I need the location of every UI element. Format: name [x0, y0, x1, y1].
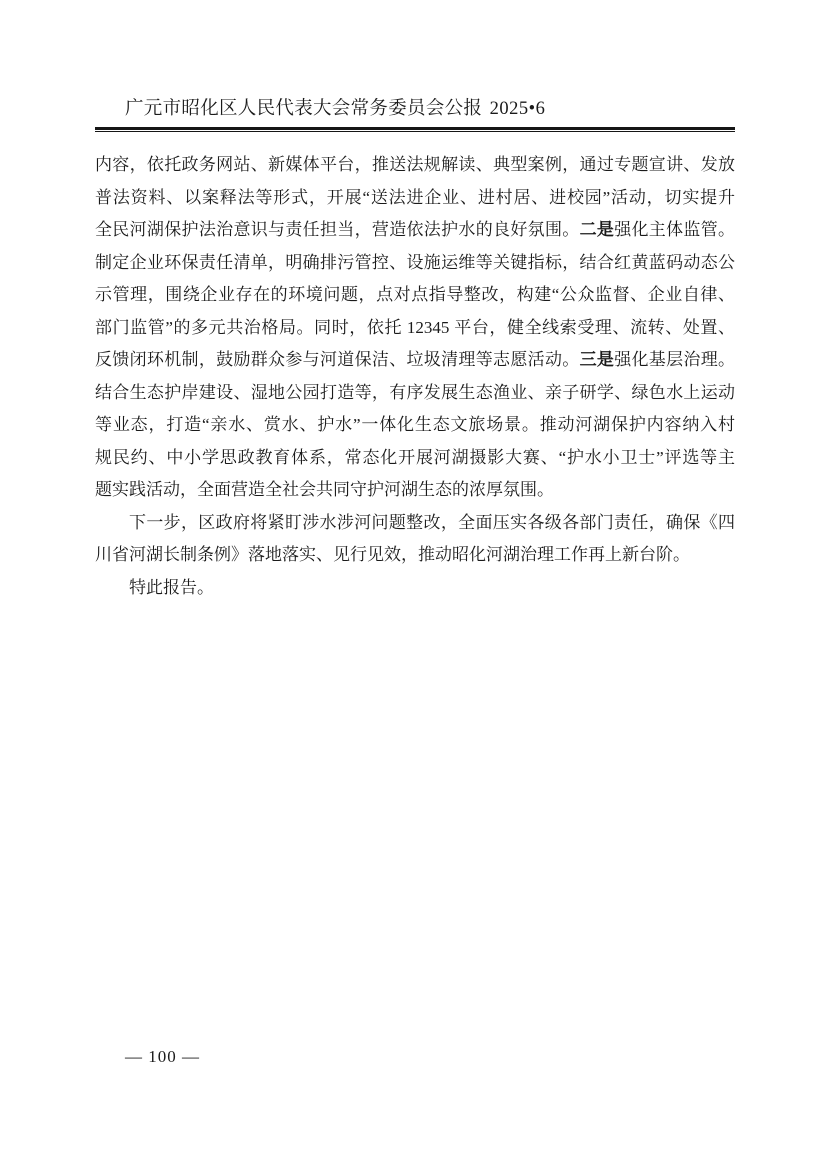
body-line: 规民约、中小学思政教育体系，常态化开展河湖摄影大赛、“护水小卫士”评选等主: [95, 442, 735, 475]
emphasis-run-in-heading: 二是: [580, 220, 615, 239]
body-line: 川省河湖长制条例》落地落实、见行见效，推动昭化河湖治理工作再上新台阶。: [95, 539, 735, 572]
emphasis-run-in-heading: 三是: [580, 350, 615, 369]
body-text-segment: 规民约、中小学思政教育体系，常态化开展河湖摄影大赛、“护水小卫士”评选等主: [95, 448, 735, 467]
body-text-segment: 题实践活动，全面营造全社会共同守护河湖生态的浓厚氛围。: [95, 480, 554, 499]
header-title: 广元市昭化区人民代表大会常务委员会公报: [125, 99, 482, 119]
body-text-segment: 强化基层治理。: [614, 350, 735, 369]
body-line: 等业态，打造“亲水、赏水、护水”一体化生态文旅场景。推动河湖保护内容纳入村: [95, 409, 735, 442]
body-line: 题实践活动，全面营造全社会共同守护河湖生态的浓厚氛围。: [95, 474, 735, 507]
body-line: 制定企业环保责任清单，明确排污管控、设施运维等关键指标，结合红黄蓝码动态公: [95, 247, 735, 280]
body-line: 特此报告。: [95, 572, 735, 605]
body-text-segment: 等业态，打造“亲水、赏水、护水”一体化生态文旅场景。推动河湖保护内容纳入村: [95, 415, 735, 434]
body-text-segment: 强化主体监管。: [614, 220, 735, 239]
body-text-segment: 普法资料、以案释法等形式，开展“送法进企业、进村居、进校园”活动，切实提升: [95, 188, 735, 207]
body-line: 示管理，围绕企业存在的环境问题，点对点指导整改，构建“公众监督、企业自律、: [95, 279, 735, 312]
body-text-segment: 反馈闭环机制，鼓励群众参与河道保洁、垃圾清理等志愿活动。: [95, 350, 580, 369]
body-line: 普法资料、以案释法等形式，开展“送法进企业、进村居、进校园”活动，切实提升: [95, 182, 735, 215]
page-number: — 100 —: [125, 1046, 200, 1068]
body-line: 全民河湖保护法治意识与责任担当，营造依法护水的良好氛围。二是强化主体监管。: [95, 214, 735, 247]
body-text-segment: 特此报告。: [129, 578, 214, 597]
body-text-segment: 川省河湖长制条例》落地落实、见行见效，推动昭化河湖治理工作再上新台阶。: [95, 545, 690, 564]
body-line: 下一步，区政府将紧盯涉水涉河问题整改，全面压实各级各部门责任，确保《四: [95, 507, 735, 540]
body-line: 结合生态护岸建设、湿地公园打造等，有序发展生态渔业、亲子研学、绿色水上运动: [95, 377, 735, 410]
body-text-segment: 部门监管”的多元共治格局。同时，依托 12345 平台，健全线索受理、流转、处置…: [95, 318, 735, 337]
body-text-segment: 示管理，围绕企业存在的环境问题，点对点指导整改，构建“公众监督、企业自律、: [95, 285, 735, 304]
body-text-segment: 下一步，区政府将紧盯涉水涉河问题整改，全面压实各级各部门责任，确保《四: [129, 513, 735, 532]
bulletin-page: 广元市昭化区人民代表大会常务委员会公报2025•6 内容，依托政务网站、新媒体平…: [0, 0, 827, 1170]
header-double-rule: [95, 127, 735, 132]
body-line: 内容，依托政务网站、新媒体平台，推送法规解读、典型案例，通过专题宣讲、发放: [95, 149, 735, 182]
body-line: 部门监管”的多元共治格局。同时，依托 12345 平台，健全线索受理、流转、处置…: [95, 312, 735, 345]
body-text-segment: 全民河湖保护法治意识与责任担当，营造依法护水的良好氛围。: [95, 220, 580, 239]
body-line: 反馈闭环机制，鼓励群众参与河道保洁、垃圾清理等志愿活动。三是强化基层治理。: [95, 344, 735, 377]
body-text-segment: 制定企业环保责任清单，明确排污管控、设施运维等关键指标，结合红黄蓝码动态公: [95, 253, 735, 272]
body-text-segment: 结合生态护岸建设、湿地公园打造等，有序发展生态渔业、亲子研学、绿色水上运动: [95, 383, 735, 402]
header-issue-number: 2025•6: [490, 99, 546, 119]
document-body: 内容，依托政务网站、新媒体平台，推送法规解读、典型案例，通过专题宣讲、发放普法资…: [95, 149, 735, 604]
running-header: 广元市昭化区人民代表大会常务委员会公报2025•6: [125, 97, 545, 121]
body-text-segment: 内容，依托政务网站、新媒体平台，推送法规解读、典型案例，通过专题宣讲、发放: [95, 155, 735, 174]
